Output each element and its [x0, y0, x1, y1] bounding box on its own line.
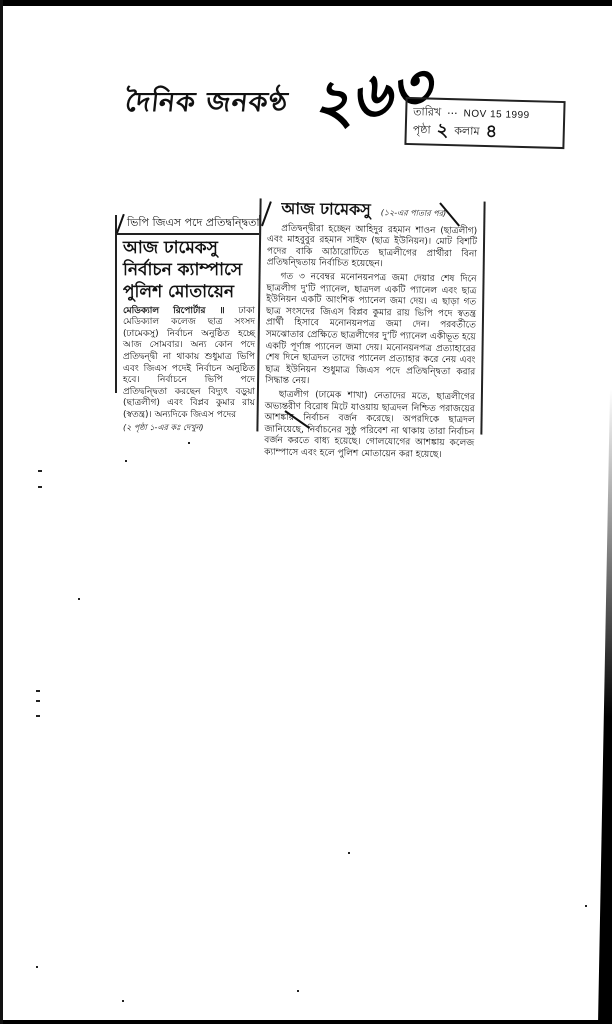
clipping-kicker: ভিপি জিএস পদে প্রতিদ্বন্দ্বিতা — [117, 215, 259, 235]
date-stamp: তারিখ ··· NOV 15 1999 পৃষ্ঠা ২ কলাম ৪ — [404, 97, 565, 149]
clipping-right-continued-from: (১২-এর পাতার পর) — [381, 207, 447, 220]
scan-speck — [36, 700, 40, 702]
scan-speck — [38, 470, 42, 472]
scan-speck — [36, 690, 40, 692]
stamp-column-value: ৪ — [485, 117, 497, 148]
clipping-right-paragraph: ছাত্রলীগ (ঢামেক শাখা) নেতাদের মতে, ছাত্র… — [264, 389, 475, 461]
stamp-column-label: কলাম — [454, 122, 480, 142]
clipping-byline: মেডিক্যাল রিপোর্টার ॥ — [123, 306, 225, 316]
scan-border-bottom — [0, 1020, 612, 1024]
scan-speck — [188, 442, 190, 444]
scan-speck — [36, 715, 40, 717]
clipping-right-paragraph: গত ৩ নবেম্বর মনোনয়নপত্র জমা দেয়ার শেষ … — [265, 272, 477, 391]
scan-speck — [125, 460, 127, 462]
newspaper-masthead: দৈনিক জনকণ্ঠ — [123, 82, 291, 127]
scan-speck — [348, 852, 350, 854]
scan-border-right — [598, 0, 612, 1024]
clipping-right: আজ ঢামেকসু (১২-এর পাতার পর) প্রতিদ্বন্দ্… — [256, 198, 485, 434]
scan-speck — [78, 598, 80, 600]
clipping-body: মেডিক্যাল রিপোর্টার ॥ ঢাকা মেডিক্যাল কলে… — [117, 303, 259, 422]
scan-speck — [38, 486, 42, 488]
clipping-headline: আজ ঢামেকসু নির্বাচন ক্যাম্পাসে পুলিশ মোত… — [117, 235, 259, 303]
clipping-continued-note: (২ পৃষ্ঠা ১-এর কঃ দেখুন) — [117, 422, 259, 434]
stamp-page-label: পৃষ্ঠা — [413, 121, 431, 140]
clipping-left: ভিপি জিএস পদে প্রতিদ্বন্দ্বিতা আজ ঢামেকস… — [115, 215, 261, 393]
clipping-right-header: আজ ঢামেকসু (১২-এর পাতার পর) — [261, 198, 483, 224]
clipping-right-paragraph: প্রতিদ্বন্দ্বীরা হচ্ছেন আহিদুর রহমান শাও… — [267, 223, 478, 272]
scan-speck — [297, 990, 299, 992]
stamp-page-row: পৃষ্ঠা ২ কলাম ৪ — [413, 121, 557, 143]
scan-speck — [122, 1000, 124, 1002]
clipping-body-text: ঢাকা মেডিক্যাল কলেজ ছাত্র সংসদ (ঢামেকসু)… — [123, 306, 255, 420]
scan-speck — [585, 905, 587, 907]
clipping-right-body: প্রতিদ্বন্দ্বীরা হচ্ছেন আহিদুর রহমান শাও… — [258, 221, 483, 466]
clipping-right-title: আজ ঢামেকসু — [281, 203, 370, 216]
scan-border-top — [0, 0, 612, 6]
stamp-page-value: ২ — [436, 115, 449, 146]
scan-border-left — [0, 0, 3, 1024]
scan-speck — [36, 966, 38, 968]
